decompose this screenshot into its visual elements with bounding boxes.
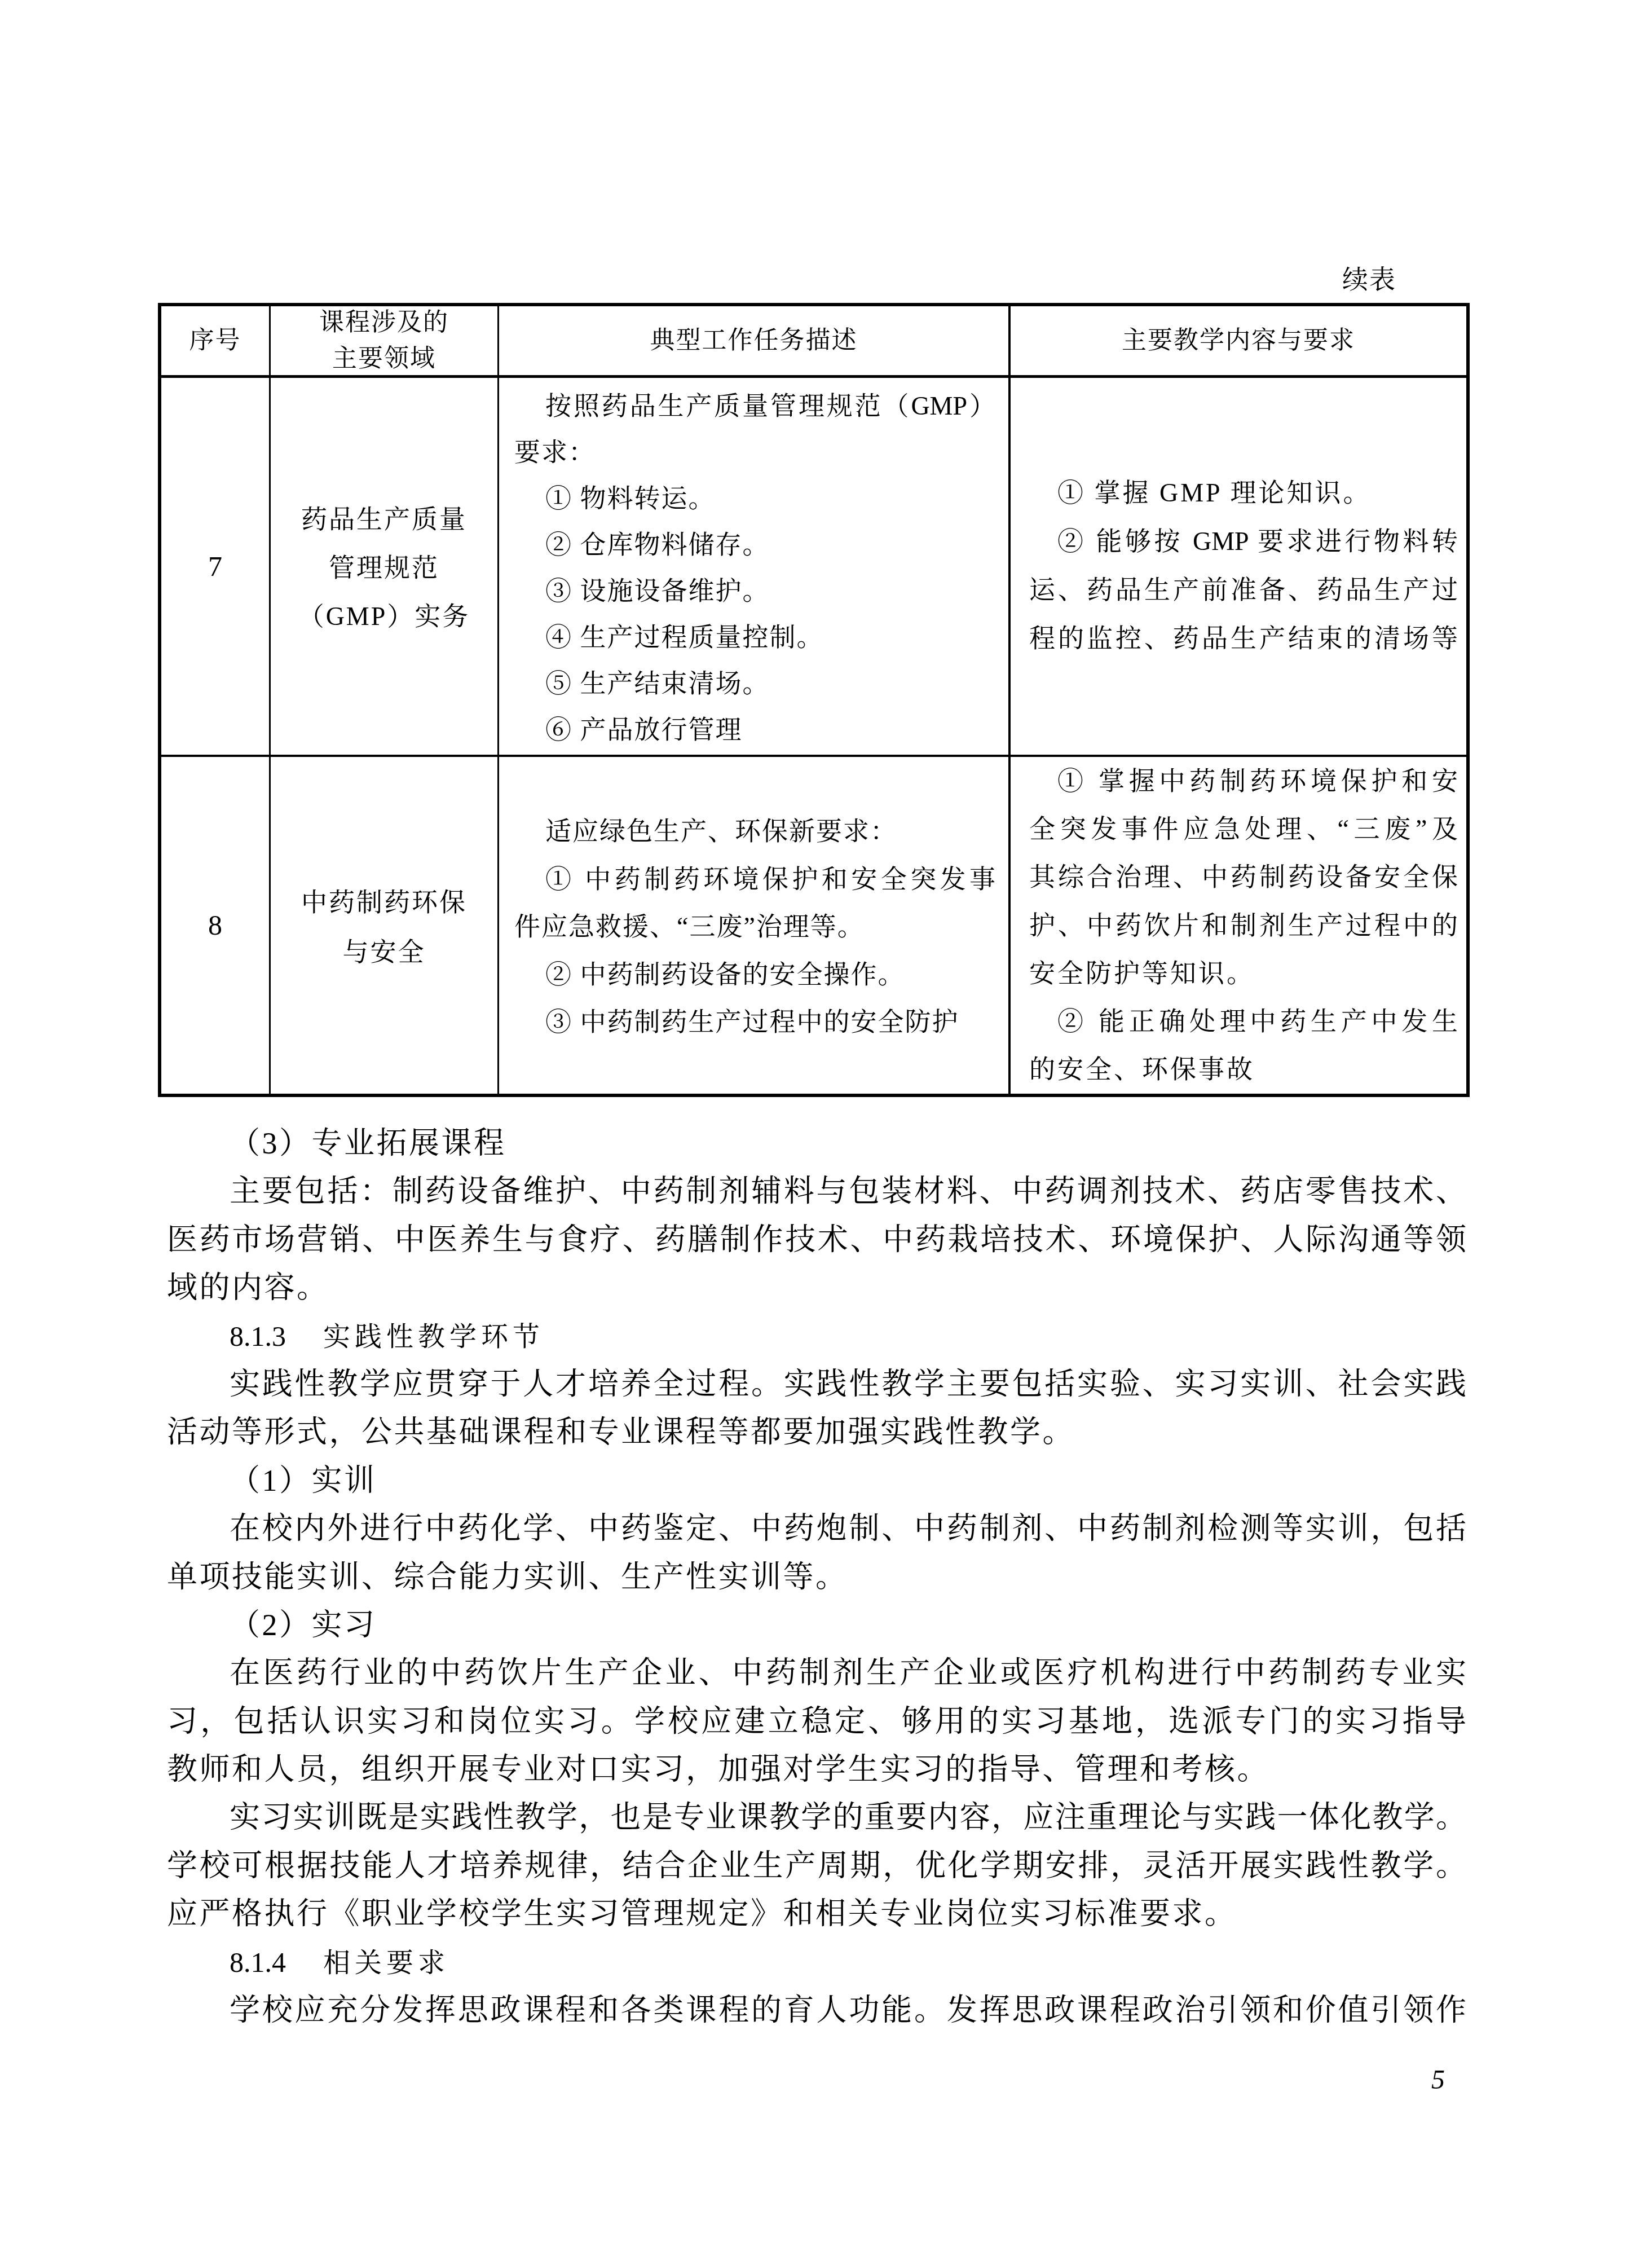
paragraph-line: 域的内容。 — [167, 1264, 1466, 1312]
content-line: 运、药品生产前准备、药品生产过 — [1029, 566, 1458, 614]
row-index-cell: 8 — [161, 757, 269, 1094]
subsection-title: （2）实习 — [167, 1601, 1466, 1649]
content-line: 的安全、环保事故 — [1029, 1045, 1458, 1093]
task-line: 适应绿色生产、环保新要求： — [514, 808, 995, 856]
content-line: ① 掌握 GMP 理论知识。 — [1029, 469, 1458, 517]
domain-line: 中药制药环保 — [271, 878, 497, 927]
continuation-label: 续表 — [1342, 264, 1396, 296]
task-cell: 适应绿色生产、环保新要求： ① 中药制药环境保护和安全突发事 件应急救援、“三废… — [499, 757, 1008, 1094]
header-label: 序号 — [161, 323, 269, 359]
header-cell-tasks: 典型工作任务描述 — [499, 306, 1008, 375]
paragraph-line: 主要包括：制药设备维护、中药制剂辅料与包装材料、中药调剂技术、药店零售技术、 — [167, 1168, 1466, 1216]
section-title: 实践性教学环节 — [323, 1322, 544, 1352]
paragraph-line: 学校应充分发挥思政课程和各类课程的育人功能。发挥思政课程政治引领和价值引领作 — [167, 1987, 1466, 2034]
content-line: ② 能正确处理中药生产中发生 — [1029, 997, 1458, 1045]
section-number: 8.1.3 — [230, 1320, 286, 1352]
header-label: 主要领域 — [271, 341, 497, 377]
task-line: ⑥ 产品放行管理 — [514, 707, 995, 753]
task-line: ③ 设施设备维护。 — [514, 568, 995, 614]
header-cell-domain: 课程涉及的 主要领域 — [271, 306, 497, 375]
paragraph-line: 实践性教学应贯穿于人才培养全过程。实践性教学主要包括实验、实习实训、社会实践 — [167, 1360, 1466, 1408]
paragraph-line: 医药市场营销、中医养生与食疗、药膳制作技术、中药栽培技术、环境保护、人际沟通等领 — [167, 1216, 1466, 1264]
content-cell: ① 掌握 GMP 理论知识。 ② 能够按 GMP 要求进行物料转 运、药品生产前… — [1011, 378, 1466, 755]
header-cell-content: 主要教学内容与要求 — [1011, 306, 1466, 375]
paragraph-line: 活动等形式，公共基础课程和专业课程等都要加强实践性教学。 — [167, 1408, 1466, 1456]
content-line: 全突发事件应急处理、“三废”及 — [1029, 805, 1458, 853]
task-line: ⑤ 生产结束清场。 — [514, 660, 995, 707]
task-line: 按照药品生产质量管理规范（GMP） — [514, 383, 995, 429]
content-line: 其综合治理、中药制药设备安全保 — [1029, 853, 1458, 901]
section-title: 相关要求 — [323, 1948, 449, 1978]
domain-line: 与安全 — [271, 927, 497, 977]
content-line: ② 能够按 GMP 要求进行物料转 — [1029, 517, 1458, 566]
section-heading: 8.1.3实践性教学环节 — [167, 1313, 1466, 1360]
task-cell: 按照药品生产质量管理规范（GMP） 要求： ① 物料转运。 ② 仓库物料储存。 … — [499, 378, 1008, 755]
task-line: ① 中药制药环境保护和安全突发事 — [514, 856, 995, 904]
paragraph-line: 应严格执行《职业学校学生实习管理规定》和相关专业岗位实习标准要求。 — [167, 1890, 1466, 1938]
subsection-title: （1）实训 — [167, 1457, 1466, 1505]
paragraph-line: 学校可根据技能人才培养规律，结合企业生产周期，优化学期安排，灵活开展实践性教学。 — [167, 1842, 1466, 1890]
domain-cell: 中药制药环保 与安全 — [271, 757, 497, 1094]
task-line: 要求： — [514, 429, 995, 475]
paragraph-line: 习，包括认识实习和岗位实习。学校应建立稳定、够用的实习基地，选派专门的实习指导 — [167, 1698, 1466, 1746]
header-cell-index: 序号 — [161, 306, 269, 375]
row-index-cell: 7 — [161, 378, 269, 755]
row-index: 7 — [161, 542, 269, 591]
content-cell: ① 掌握中药制药环境保护和安 全突发事件应急处理、“三废”及 其综合治理、中药制… — [1011, 757, 1466, 1094]
task-line: ③ 中药制药生产过程中的安全防护 — [514, 998, 995, 1046]
task-line: ② 仓库物料储存。 — [514, 522, 995, 568]
domain-line: 管理规范 — [271, 544, 497, 592]
paragraph-line: 单项技能实训、综合能力实训、生产性实训等。 — [167, 1553, 1466, 1601]
header-label: 课程涉及的 — [271, 305, 497, 341]
paragraph-line: 教师和人员，组织开展专业对口实习，加强对学生实习的指导、管理和考核。 — [167, 1746, 1466, 1794]
content-line: 程的监控、药品生产结束的清场等 — [1029, 614, 1458, 663]
paragraph-line: 在医药行业的中药饮片生产企业、中药制剂生产企业或医疗机构进行中药制药专业实 — [167, 1649, 1466, 1697]
page-number: 5 — [1431, 2064, 1445, 2096]
domain-cell: 药品生产质量 管理规范 （GMP）实务 — [271, 378, 497, 755]
task-line: 件应急救援、“三废”治理等。 — [514, 903, 995, 951]
task-line: ④ 生产过程质量控制。 — [514, 614, 995, 660]
subsection-title: （3）专业拓展课程 — [167, 1120, 1466, 1168]
section-heading: 8.1.4相关要求 — [167, 1939, 1466, 1987]
paragraph-line: 在校内外进行中药化学、中药鉴定、中药炮制、中药制剂、中药制剂检测等实训，包括 — [167, 1505, 1466, 1553]
task-line: ① 物料转运。 — [514, 475, 995, 522]
content-line: ① 掌握中药制药环境保护和安 — [1029, 757, 1458, 805]
domain-line: （GMP）实务 — [271, 592, 497, 641]
content-line: 护、中药饮片和制剂生产过程中的 — [1029, 901, 1458, 949]
paragraph-line: 实习实训既是实践性教学，也是专业课教学的重要内容，应注重理论与实践一体化教学。 — [167, 1794, 1466, 1842]
task-line: ② 中药制药设备的安全操作。 — [514, 951, 995, 999]
row-index: 8 — [161, 901, 269, 949]
body-text: （3）专业拓展课程 主要包括：制药设备维护、中药制剂辅料与包装材料、中药调剂技术… — [167, 1120, 1466, 2034]
domain-line: 药品生产质量 — [271, 495, 497, 544]
content-line: 安全防护等知识。 — [1029, 949, 1458, 997]
document-page: 续表 序号 课程涉及的 主要领域 典型工作任务描述 主要 — [0, 0, 1627, 2268]
header-label: 典型工作任务描述 — [499, 323, 1008, 359]
header-label: 主要教学内容与要求 — [1011, 323, 1466, 359]
section-number: 8.1.4 — [230, 1946, 286, 1978]
